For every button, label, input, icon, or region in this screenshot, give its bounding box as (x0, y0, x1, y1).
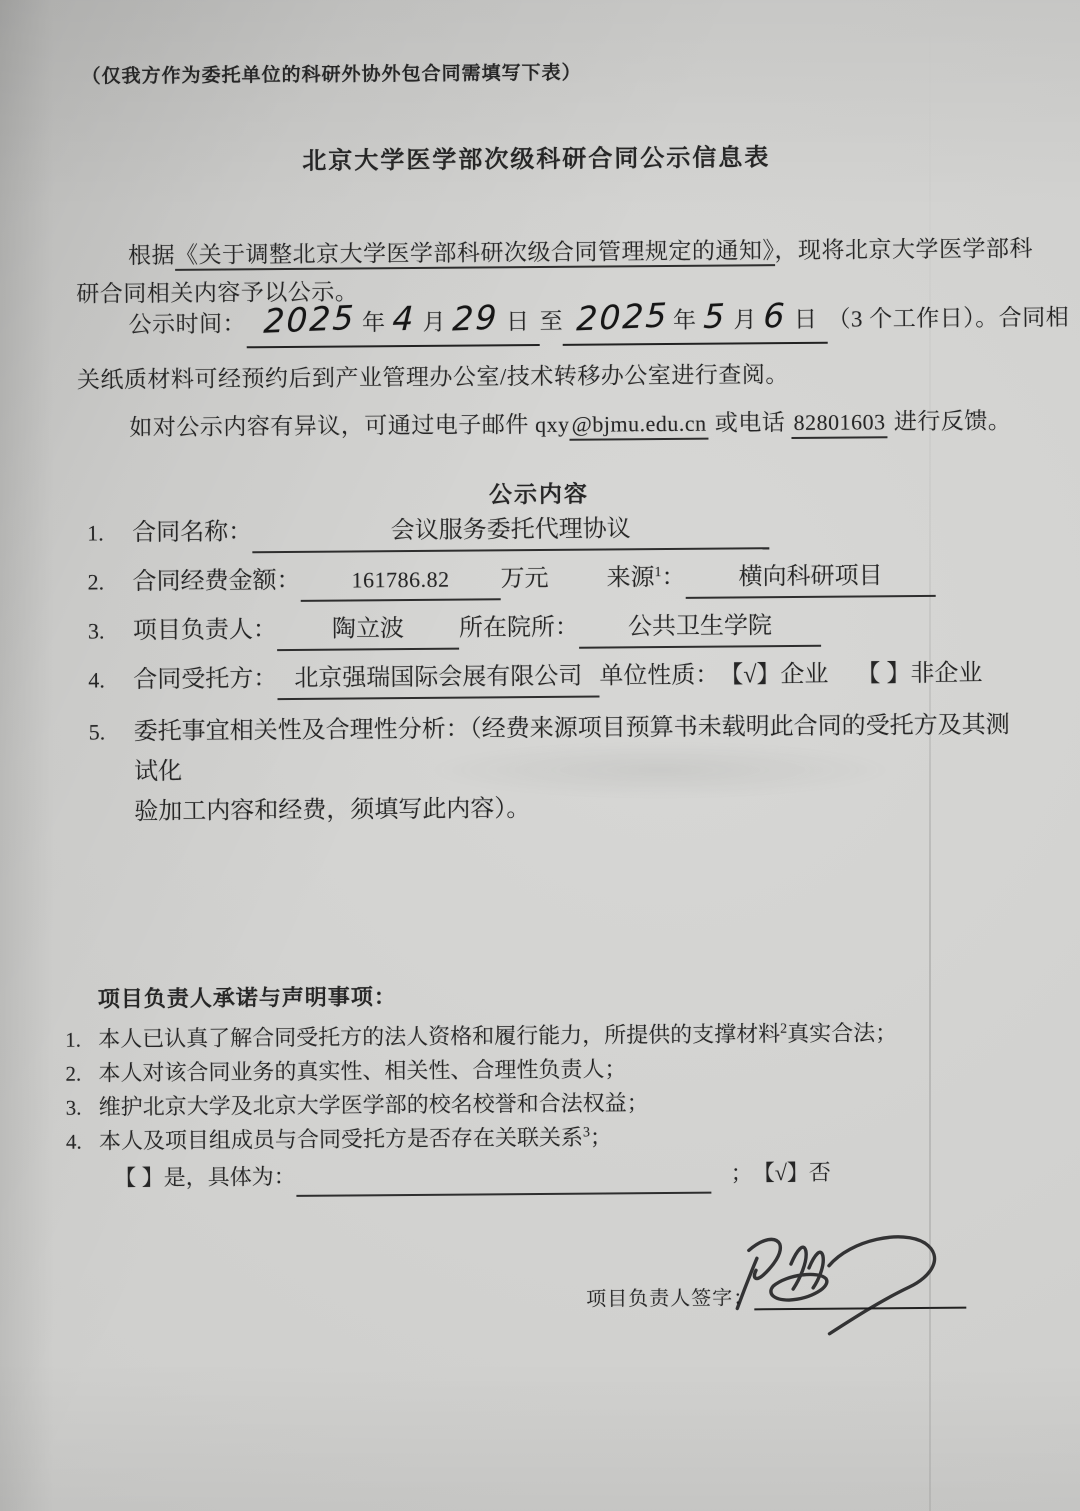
declaration-text: 本人已认真了解合同受托方的法人资格和履行能力，所提供的支撑材料2真实合法； (98, 1016, 897, 1056)
contractor-label: 合同受托方： (133, 662, 277, 697)
end-day-unit: 日 (794, 301, 818, 339)
item-number: 1. (65, 1022, 98, 1056)
funding-source-text: 来源 (606, 565, 654, 591)
content-list: 1. 合同名称： 会议服务委托代理协议 2. 合同经费金额： 161786.82… (87, 509, 1015, 843)
handwritten-end-month: 5 (703, 301, 727, 332)
declaration-text-pre: 本人及项目组成员与合同受托方是否存在关联关系 (99, 1125, 583, 1154)
contractor-value: 北京强瑞国际会展有限公司 (277, 660, 599, 701)
nature-checked-option: 【√】企业 (719, 658, 828, 693)
handwritten-end-year: 2025 (576, 300, 669, 334)
paper-crease (929, 0, 931, 1511)
intro-line1-suffix: ，现将北京大学医学部科 (774, 236, 1033, 263)
intro-doc-title: 《关于调整北京大学医学部科研次级合同管理规定的通知》 (175, 238, 775, 271)
scanned-document-page: （仅我方作为委托单位的科研外协外包合同需填写下表） 北京大学医学部次级科研合同公… (0, 0, 1080, 1511)
department-label: 所在院所： (459, 611, 579, 646)
email-domain: @bjmu.edu.cn (570, 411, 709, 441)
handwritten-signature (723, 1219, 964, 1341)
day-unit: 日 (506, 303, 530, 341)
period-end-date-blank: 2025 年 5 月 6 日 (563, 301, 828, 346)
contract-name-value: 会议服务委托代理协议 (252, 511, 769, 553)
top-note: （仅我方作为委托单位的科研外协外包合同需填写下表） (81, 58, 581, 89)
handwritten-start-month: 4 (392, 304, 416, 335)
contract-amount-value: 161786.82 (300, 562, 500, 602)
declaration-text: 本人及项目组成员与合同受托方是否存在关联关系3； (99, 1120, 612, 1158)
intro-paragraph-line1: 根据《关于调整北京大学医学部科研次级合同管理规定的通知》，现将北京大学医学部科 (128, 230, 1033, 275)
phone-number: 82801603 (792, 409, 888, 439)
amount-unit: 万元 (500, 562, 548, 596)
declaration-text-post: ； (590, 1124, 612, 1149)
declaration-text-pre: 本人已认真了解合同受托方的法人资格和履行能力，所提供的支撑材料 (98, 1021, 780, 1051)
analysis-label: 委托事宜相关性及合理性分析： (134, 717, 470, 746)
feedback-line: 如对公示内容有异议，可通过电子邮件 qxy@bjmu.edu.cn 或电话 82… (129, 402, 1011, 447)
contract-name-row: 1. 合同名称： 会议服务委托代理协议 (87, 509, 1012, 554)
month-unit: 月 (422, 304, 446, 342)
end-year-unit: 年 (673, 302, 697, 340)
funding-source-colon: ： (661, 565, 685, 591)
unit-nature-label: 单位性质： (599, 659, 719, 694)
period-label: 公示时间： (128, 305, 246, 344)
related-detail-blank (296, 1166, 711, 1197)
project-leader-row: 3. 项目负责人： 陶立波 所在院所： 公共卫生学院 (88, 607, 1013, 652)
related-party-line: 【 】是，具体为： ； 【√】否 (66, 1151, 1026, 1199)
analysis-row: 5. 委托事宜相关性及合理性分析：（经费来源项目预算书未载明此合同的受托方及其测… (89, 705, 1015, 832)
item-number: 5. (89, 715, 134, 749)
funding-source-label: 来源1： (606, 561, 685, 596)
declaration-text-post: 真实合法； (787, 1020, 897, 1046)
contract-amount-row: 2. 合同经费金额： 161786.82 万元 来源1： 横向科研项目 (87, 558, 1012, 603)
intro-prefix: 根据 (128, 243, 175, 268)
contract-amount-label: 合同经费金额： (132, 564, 300, 599)
email-user: qxy (535, 412, 570, 437)
related-yes-option: 【 】是，具体为： (114, 1157, 296, 1198)
item-number: 1. (87, 516, 132, 550)
declaration-text: 本人对该合同业务的真实性、相关性、合理性负责人； (98, 1052, 626, 1090)
handwritten-end-day: 6 (763, 301, 787, 332)
handwritten-start-year: 2025 (262, 303, 355, 337)
contract-name-label: 合同名称： (132, 515, 252, 550)
project-leader-name: 陶立波 (277, 612, 459, 651)
end-month-unit: 月 (733, 301, 757, 339)
period-line1-tail: （3 个工作日）。合同相 (827, 299, 1069, 339)
declaration-text: 维护北京大学及北京大学医学部的校名校誉和合法权益； (99, 1086, 649, 1124)
item-number: 3. (88, 614, 133, 648)
feedback-mid: 或电话 (709, 410, 792, 436)
year-unit: 年 (362, 304, 386, 342)
contractor-row: 4. 合同受托方： 北京强瑞国际会展有限公司 单位性质： 【√】企业 【 】非企… (88, 656, 1013, 701)
declaration-heading: 项目负责人承诺与声明事项： (65, 975, 1025, 1014)
declaration-section: 项目负责人承诺与声明事项： 1. 本人已认真了解合同受托方的法人资格和履行能力，… (65, 975, 1027, 1199)
content-section-heading: 公示内容 (0, 472, 1079, 513)
item-number: 3. (66, 1090, 99, 1124)
document-sheet: （仅我方作为委托单位的科研外协外包合同需填写下表） 北京大学医学部次级科研合同公… (0, 0, 1080, 1511)
to-character: 至 (539, 303, 563, 341)
publicity-period-line2: 关纸质材料可经预约后到产业管理办公室/技术转移办公室进行查阅。 (77, 356, 789, 400)
period-start-date-blank: 2025 年 4 月 29 日 (246, 303, 540, 348)
handwritten-start-day: 29 (452, 302, 499, 334)
item-number: 2. (87, 565, 132, 599)
nature-unchecked-option: 【 】非企业 (856, 657, 982, 692)
item-number: 4. (88, 663, 133, 697)
funding-source-value: 横向科研项目 (685, 559, 935, 599)
analysis-note-line2: 验加工内容和经费，须填写此内容）。 (134, 785, 1014, 832)
feedback-suffix: 进行反馈。 (888, 408, 1012, 434)
analysis-text: 委托事宜相关性及合理性分析：（经费来源项目预算书未载明此合同的受托方及其测试化 … (134, 705, 1015, 832)
project-leader-label: 项目负责人： (133, 613, 277, 648)
page-title: 北京大学医学部次级科研合同公示信息表 (0, 135, 1076, 178)
item-number: 4. (66, 1124, 99, 1158)
related-no-option: 【√】否 (753, 1153, 831, 1194)
department-value: 公共卫生学院 (579, 609, 821, 649)
related-separator: ； (731, 1153, 753, 1193)
feedback-prefix: 如对公示内容有异议，可通过电子邮件 (129, 412, 535, 440)
item-number: 2. (65, 1056, 98, 1090)
